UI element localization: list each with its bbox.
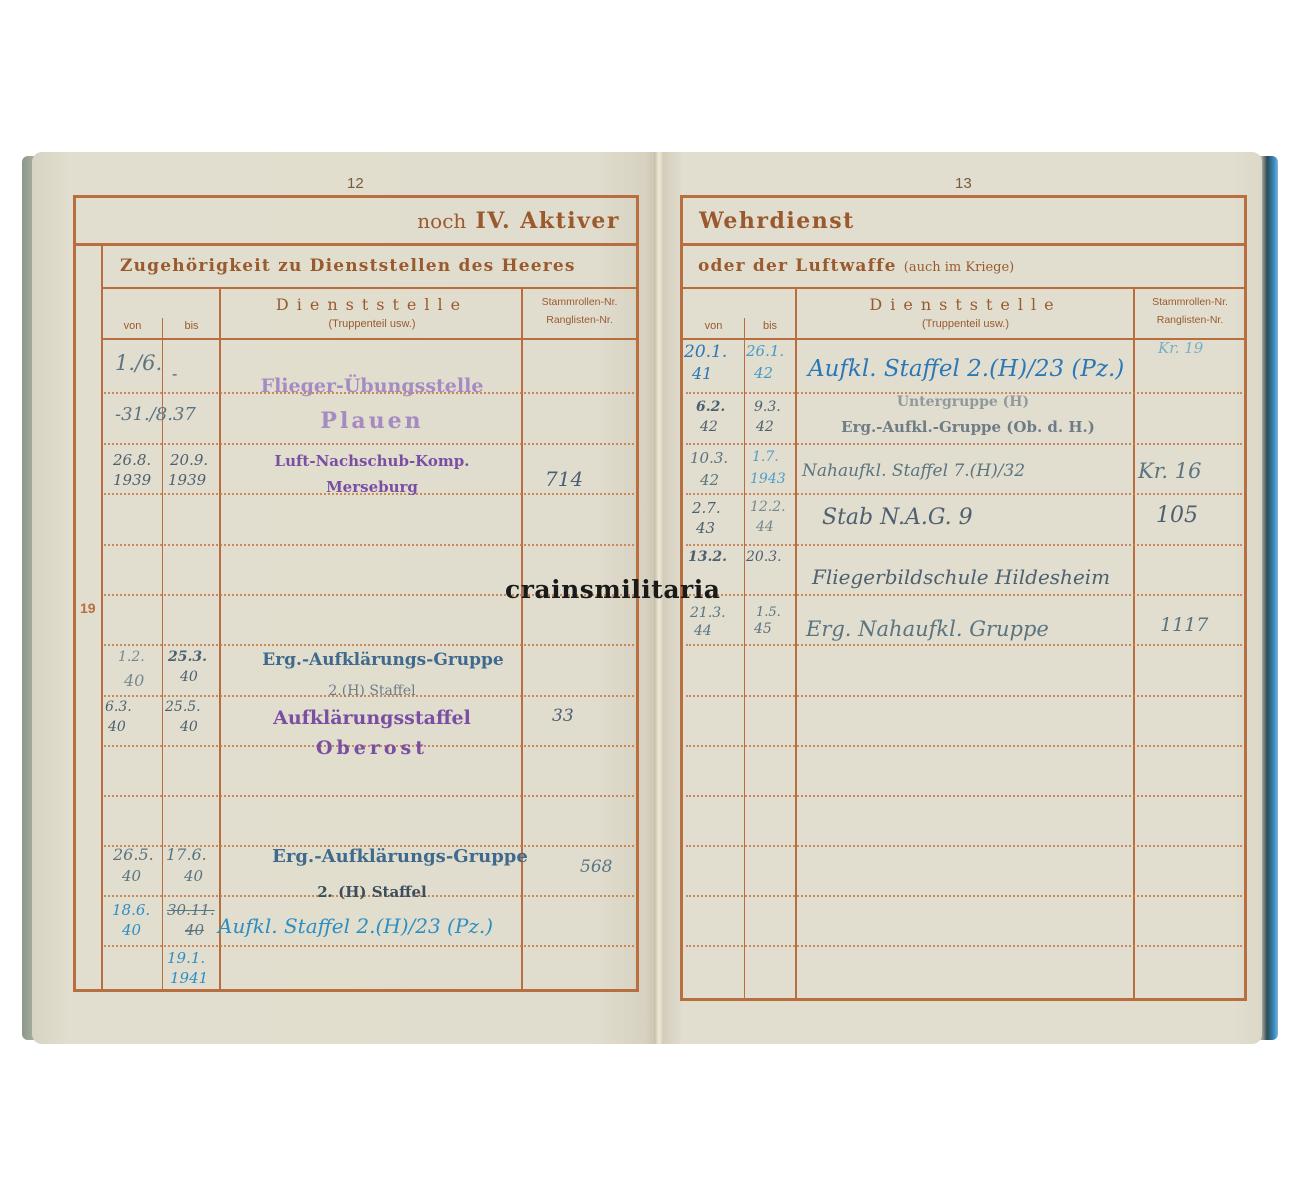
right-col-header-dienststelle: Dienststelle: [798, 295, 1133, 314]
row-line: [686, 443, 1242, 445]
entry-nr: Kr. 16: [1138, 460, 1202, 483]
entry-von-year: 40: [122, 922, 141, 939]
page-number-left: 12: [347, 175, 364, 192]
entry-bis: 9.3.: [754, 400, 781, 415]
row-line: [686, 895, 1242, 897]
row-line: [104, 644, 634, 646]
entry-von: 21.3.: [690, 606, 726, 621]
margin-number: 19: [80, 600, 96, 616]
entry-bis: 26.1.: [746, 343, 784, 360]
entry-dienststelle: Aufkl. Staffel 2.(H)/23 (Pz.): [808, 357, 1124, 382]
stamp-line: 2.(H) Staffel: [222, 683, 522, 699]
entry-bis: 25.3.: [168, 650, 207, 665]
row-line: [104, 945, 634, 947]
entry-von-year: 42: [700, 472, 719, 489]
entry-nr: 1117: [1160, 615, 1208, 636]
entry-bis: 1.7.: [752, 450, 779, 465]
left-col-header-bis: bis: [164, 320, 219, 332]
section-title-text: oder der Luftwaffe: [698, 256, 897, 276]
right-section-rule: [683, 287, 1245, 289]
entry-von-year: 1939: [113, 472, 151, 489]
row-line: [686, 945, 1242, 947]
stamp-line: Untergruppe (H): [798, 394, 1128, 410]
entry-bis: 17.6.: [166, 846, 207, 864]
title-prefix: noch: [417, 209, 466, 233]
entry-bis-year: 42: [754, 365, 773, 382]
entry-bis-year: 1939: [168, 472, 206, 489]
entry-bis-year: 40: [180, 670, 198, 685]
left-col-header-dienststelle: Dienststelle: [222, 295, 522, 314]
entry-von: 2.7.: [692, 500, 721, 517]
entry-von: 1.2.: [118, 650, 145, 665]
row-line: [686, 745, 1242, 747]
row-line: [686, 695, 1242, 697]
entry-von: 6.3.: [105, 700, 132, 715]
entry-dienststelle: Erg. Nahaufkl. Gruppe: [806, 618, 1049, 641]
entry-bis: -: [172, 365, 177, 383]
entry-bis: 1.5.: [756, 606, 781, 620]
right-col-header-nr2: Ranglisten-Nr.: [1134, 314, 1246, 326]
entry-nr: 105: [1156, 504, 1198, 528]
right-col-header-von: von: [685, 320, 742, 332]
entry-nr: 568: [580, 858, 612, 877]
entry-von-year: 40: [122, 868, 141, 885]
entry-bis-year-struck: 40: [185, 922, 204, 939]
left-page-title: noch IV. Aktiver: [417, 208, 620, 234]
left-title-band: noch IV. Aktiver: [76, 198, 636, 246]
right-section-title: oder der Luftwaffe (auch im Kriege): [698, 256, 1014, 276]
right-col-divider-dienst-nr: [1133, 288, 1135, 998]
row-line: [686, 845, 1242, 847]
entry-von: 26.8.: [113, 452, 151, 469]
row-line: [686, 795, 1242, 797]
stamp-line: 2. (H) Staffel: [222, 883, 522, 901]
left-col-header-dienststelle-sub: (Truppenteil usw.): [222, 318, 522, 330]
left-col-header-von: von: [105, 320, 160, 332]
left-header-rule: [101, 338, 636, 340]
entry-von: 26.5.: [113, 846, 154, 864]
entry-nr: Kr. 19: [1158, 340, 1203, 357]
entry-bis: 20.9.: [170, 452, 208, 469]
row-line: [686, 644, 1242, 646]
watermark: crainsmilitaria: [505, 575, 720, 604]
left-section-rule: [101, 287, 636, 289]
entry-bis-corrected-year: 1941: [170, 970, 208, 987]
left-section-title: Zugehörigkeit zu Dienststellen des Heere…: [120, 256, 576, 276]
entry-bis-year: 45: [754, 622, 772, 637]
entry-bis-year: 1943: [750, 472, 786, 487]
entry-bis-year: 42: [756, 420, 774, 435]
stamp-line: Merseburg: [222, 478, 522, 496]
entry-bis-year: 40: [184, 868, 203, 885]
entry-von: 6.2.: [696, 400, 725, 415]
stamp-line: Plauen: [222, 408, 522, 434]
stamp-line: Erg.-Aufklärungs-Gruppe: [222, 650, 544, 670]
entry-von-year: 42: [700, 420, 718, 435]
right-col-header-bis: bis: [746, 320, 794, 332]
title-main: IV. Aktiver: [475, 208, 620, 234]
row-line: [104, 795, 634, 797]
entry-bis: 20.3.: [746, 550, 782, 565]
page-number-right: 13: [955, 175, 972, 192]
right-col-header-nr1: Stammrollen-Nr.: [1134, 296, 1246, 308]
entry-von: 13.2.: [688, 550, 727, 565]
left-col-header-nr1: Stammrollen-Nr.: [522, 296, 637, 308]
entry-bis-struck: 30.11.: [167, 902, 215, 919]
entry-von-year: 40: [108, 720, 126, 735]
stamp-line: Erg.-Aufklärungs-Gruppe: [222, 846, 578, 867]
entry-dienststelle: Stab N.A.G. 9: [822, 506, 973, 530]
entry-von: 18.6.: [112, 902, 150, 919]
right-title-band: Wehrdienst: [683, 198, 1244, 246]
right-col-header-dienststelle-sub: (Truppenteil usw.): [798, 318, 1133, 330]
left-col-header-nr2: Ranglisten-Nr.: [522, 314, 637, 326]
right-page-title: Wehrdienst: [699, 208, 855, 234]
stamp-line: Erg.-Aufkl.-Gruppe (Ob. d. H.): [798, 418, 1138, 436]
entry-nr: 33: [552, 707, 574, 726]
entry-von: 1./6.: [115, 352, 162, 375]
entry-von-year: 43: [696, 520, 715, 537]
entry-von: 10.3.: [690, 450, 728, 467]
row-line: [104, 443, 634, 445]
entry-von-year: 44: [694, 624, 712, 639]
entry-bis: 12.2.: [750, 500, 786, 515]
row-line: [104, 544, 634, 546]
entry-dienststelle: Aufkl. Staffel 2.(H)/23 (Pz.): [218, 915, 493, 937]
booklet-cover-right-edge: [1260, 156, 1278, 1040]
entry-von: 20.1.: [684, 343, 727, 362]
row-line: [686, 544, 1242, 546]
right-col-divider-bis-dienst: [795, 288, 797, 998]
entry-von-year: 40: [124, 672, 144, 690]
entry-bis-year: 40: [180, 720, 198, 735]
entry-bis: 25.5.: [165, 700, 201, 715]
row-line: [686, 594, 1242, 596]
entry-bis-date: -31./8.37: [115, 405, 196, 425]
stamp-line: Oberost: [222, 737, 522, 759]
entry-dienststelle: Nahaufkl. Staffel 7.(H)/32: [802, 462, 1025, 481]
entry-nr: 714: [545, 468, 583, 490]
entry-bis-year: 44: [756, 520, 774, 535]
stamp-line: Aufklärungsstaffel: [222, 707, 522, 729]
left-margin-divider: [101, 243, 103, 990]
stamp-line: Luft-Nachschub-Komp.: [222, 452, 522, 470]
row-line: [686, 493, 1242, 495]
entry-bis-corrected: 19.1.: [167, 950, 205, 967]
entry-dienststelle: Fliegerbildschule Hildesheim: [812, 566, 1110, 588]
entry-von-year: 41: [692, 365, 712, 383]
stamp-line: Flieger-Übungsstelle: [222, 375, 522, 397]
section-title-note: (auch im Kriege): [904, 260, 1014, 275]
